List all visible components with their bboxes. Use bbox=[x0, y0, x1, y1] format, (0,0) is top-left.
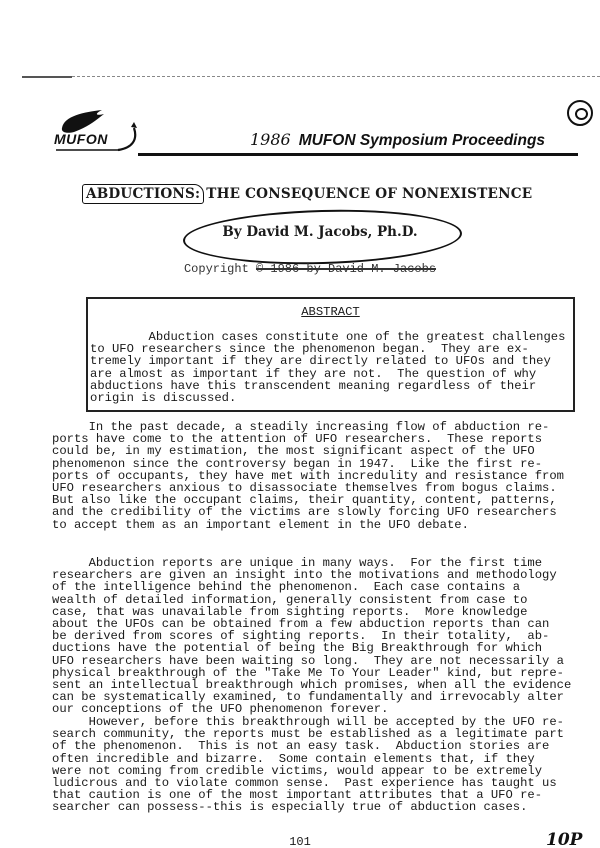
body-line: of the intelligence behind the phenomeno… bbox=[52, 581, 582, 593]
body-line: UFO researchers have been waiting so lon… bbox=[52, 655, 582, 667]
body-paragraph-1: In the past decade, a steadily increasin… bbox=[52, 421, 582, 531]
copyright-notice: Copyright © 1986 by David M. Jacobs bbox=[0, 262, 600, 276]
top-scan-rule-segment bbox=[22, 76, 72, 78]
body-paragraph-2: Abduction reports are unique in many way… bbox=[52, 557, 582, 715]
body-line: wealth of detailed information, generall… bbox=[52, 594, 582, 606]
handwritten-year: 1986 bbox=[250, 130, 291, 149]
body-paragraph-3: However, before this breakthrough will b… bbox=[52, 716, 582, 814]
logo-text: MUFON bbox=[54, 131, 108, 147]
handwritten-page-number: 10P bbox=[546, 830, 582, 848]
abstract-line: are almost as important if they are not.… bbox=[90, 368, 576, 380]
abstract-box: ABSTRACT Abduction cases constitute one … bbox=[86, 297, 575, 412]
title-rest: THE CONSEQUENCE OF NONEXISTENCE bbox=[206, 186, 532, 202]
handwritten-circle-icon bbox=[567, 100, 593, 126]
copyright-prefix: Copyright bbox=[184, 262, 249, 276]
mufon-logo: MUFON bbox=[54, 108, 144, 152]
body-line: phenomenon since the controversy began i… bbox=[52, 458, 582, 470]
abstract-line: origin is discussed. bbox=[90, 392, 576, 404]
abstract-body: Abduction cases constitute one of the gr… bbox=[90, 331, 576, 404]
proceedings-title: MUFON Symposium Proceedings bbox=[299, 132, 545, 149]
body-line: our conceptions of the UFO phenomenon fo… bbox=[52, 703, 582, 715]
body-line: and the credibility of the victims are s… bbox=[52, 506, 582, 518]
body-line: to accept them as an important element i… bbox=[52, 519, 582, 531]
document-page: MUFON 1986MUFON Symposium Proceedings AB… bbox=[0, 0, 600, 848]
body-line: searcher can possess--this is especially… bbox=[52, 801, 582, 813]
top-scan-rule bbox=[22, 76, 600, 77]
proceedings-header: 1986MUFON Symposium Proceedings bbox=[250, 130, 575, 150]
body-line: ductions have the potential of being the… bbox=[52, 642, 582, 654]
body-line: could be, in my estimation, the most sig… bbox=[52, 445, 582, 457]
body-line: often incredible and bizarre. Some conta… bbox=[52, 753, 582, 765]
title-boxed-word: ABDUCTIONS: bbox=[82, 184, 204, 204]
abstract-heading: ABSTRACT bbox=[88, 306, 573, 319]
copyright-struck-text: © 1986 by David M. Jacobs bbox=[256, 262, 436, 276]
header-rule bbox=[138, 153, 578, 156]
abstract-line: tremely important if they are directly r… bbox=[90, 355, 576, 367]
page-number: 101 bbox=[0, 835, 600, 848]
author-byline: By David M. Jacobs, Ph.D. bbox=[0, 224, 600, 240]
body-line: of the phenomenon. This is not an easy t… bbox=[52, 740, 582, 752]
article-title: ABDUCTIONS:THE CONSEQUENCE OF NONEXISTEN… bbox=[82, 184, 532, 204]
